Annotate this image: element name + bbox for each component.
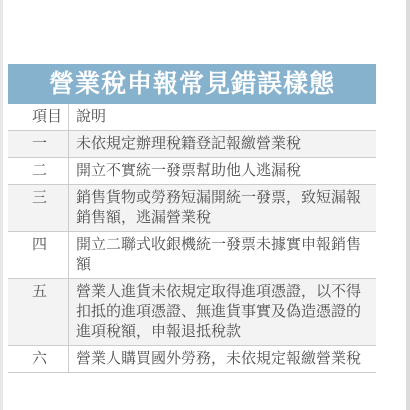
row-description: 營業人購買國外勞務，未依規定報繳營業稅 — [68, 346, 376, 372]
table-header-row: 項目 說明 — [8, 104, 376, 130]
table-row: 一 未依規定辦理稅籍登記報繳營業稅 — [8, 130, 376, 157]
column-header-description: 說明 — [68, 104, 376, 130]
infographic-canvas: 營業稅申報常見錯誤樣態 項目 說明 一 未依規定辦理稅籍登記報繳營業稅 二 開立… — [0, 0, 410, 410]
right-edge-artifact — [406, 0, 410, 410]
table-row: 五 營業人進貨未依規定取得進項憑證，以不得扣抵的進項憑證、無進貨事實及偽造憑證的… — [8, 278, 376, 345]
table-row: 四 開立二聯式收銀機統一發票未據實申報銷售額 — [8, 231, 376, 278]
column-header-item: 項目 — [8, 104, 68, 130]
row-item-number: 六 — [8, 346, 68, 372]
row-item-number: 五 — [8, 279, 68, 345]
error-table: 項目 說明 一 未依規定辦理稅籍登記報繳營業稅 二 開立不實統一發票幫助他人逃漏… — [8, 104, 376, 373]
error-table-panel: 營業稅申報常見錯誤樣態 項目 說明 一 未依規定辦理稅籍登記報繳營業稅 二 開立… — [8, 64, 376, 373]
left-edge-artifact — [0, 0, 3, 410]
row-description: 營業人進貨未依規定取得進項憑證，以不得扣抵的進項憑證、無進貨事實及偽造憑證的進項… — [68, 279, 376, 345]
table-row: 二 開立不實統一發票幫助他人逃漏稅 — [8, 157, 376, 184]
row-description: 銷售貨物或勞務短漏開統一發票，致短漏報銷售額，逃漏營業稅 — [68, 185, 376, 231]
table-row: 六 營業人購買國外勞務，未依規定報繳營業稅 — [8, 345, 376, 372]
row-item-number: 二 — [8, 158, 68, 184]
row-description: 未依規定辦理稅籍登記報繳營業稅 — [68, 131, 376, 157]
row-description: 開立不實統一發票幫助他人逃漏稅 — [68, 158, 376, 184]
row-item-number: 一 — [8, 131, 68, 157]
row-item-number: 三 — [8, 185, 68, 231]
row-description: 開立二聯式收銀機統一發票未據實申報銷售額 — [68, 232, 376, 278]
table-row: 三 銷售貨物或勞務短漏開統一發票，致短漏報銷售額，逃漏營業稅 — [8, 184, 376, 231]
row-item-number: 四 — [8, 232, 68, 278]
page-title: 營業稅申報常見錯誤樣態 — [8, 64, 376, 104]
